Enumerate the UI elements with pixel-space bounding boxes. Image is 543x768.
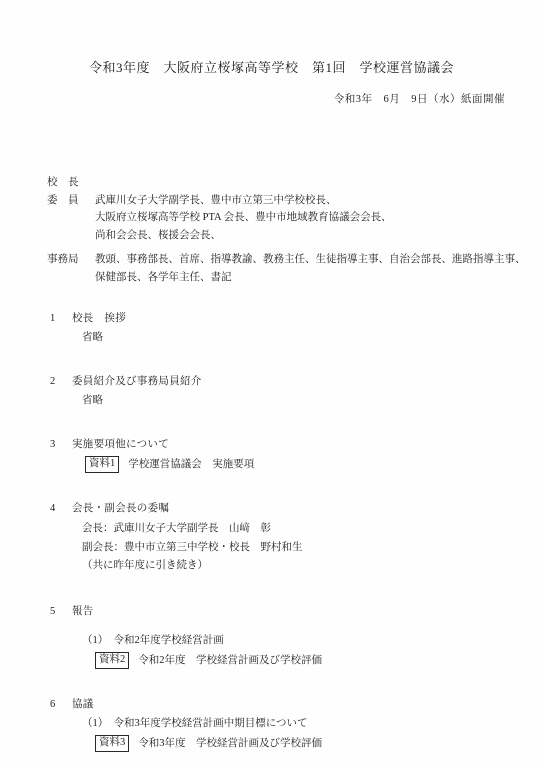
attendee-row-principal: 校 長 [47, 174, 543, 192]
material-line: 資料2 令和2年度 学校経営計画及び学校評価 [95, 652, 543, 669]
attendee-row-secretariat: 事務局 教頭、事務部長、首席、指導教諭、教務主任、生徒指導主事、自治会部長、進路… [47, 251, 543, 286]
agenda-item-4: 4 会長・副会長の委嘱 会長：武庫川女子大学副学長 山﨑 彰 副会長：豊中市立第… [50, 501, 543, 576]
material-line: 資料3 令和3年度 学校経営計画及び学校評価 [95, 735, 543, 752]
date-line: 令和3年 6月 9日（水）紙面開催 [0, 91, 543, 106]
material-box-label: 資料1 [85, 456, 119, 473]
agenda-title: 実施要項他について [72, 437, 169, 453]
agenda-title: 委員紹介及び事務局員紹介 [72, 374, 202, 390]
agenda-item-1: 1 校長 挨拶 省略 [50, 311, 543, 346]
agenda-title: 校長 挨拶 [72, 311, 126, 327]
agenda-title: 会長・副会長の委嘱 [72, 501, 169, 517]
agenda-number: 5 [50, 604, 72, 620]
agenda-number: 6 [50, 697, 72, 713]
attendees-section: 校 長 委 員 武庫川女子大学副学長、豊中市立第三中学校校長、 大阪府立桜塚高等… [47, 174, 543, 286]
detail-line-remark: （共に昨年度に引き続き） [82, 557, 543, 576]
agenda-sub-item: （1） 令和3年度学校経営計画中期目標について [82, 716, 543, 732]
agenda-title: 協議 [72, 697, 94, 713]
material-text: 令和2年度 学校経営計画及び学校評価 [138, 652, 322, 669]
agenda-title: 報告 [72, 604, 94, 620]
attendee-line: 尚和会会長、桜援会会長、 [95, 227, 543, 245]
attendee-content-members: 武庫川女子大学副学長、豊中市立第三中学校校長、 大阪府立桜塚高等学校 PTA 会… [95, 192, 543, 245]
page-title: 令和3年度 大阪府立桜塚高等学校 第1回 学校運営協議会 [0, 0, 543, 77]
attendee-line: 武庫川女子大学副学長、豊中市立第三中学校校長、 [95, 192, 543, 210]
material-text: 学校運営協議会 実施要項 [128, 456, 254, 473]
attendee-line: 大阪府立桜塚高等学校 PTA 会長、豊中市地域教育協議会会長、 [95, 209, 543, 227]
material-text: 令和3年度 学校経営計画及び学校評価 [138, 735, 322, 752]
attendee-label-secretariat: 事務局 [47, 251, 95, 269]
attendee-line: 保健部長、各学年主任、書記 [95, 269, 543, 287]
material-box-label: 資料2 [95, 652, 129, 669]
attendee-row-members: 委 員 武庫川女子大学副学長、豊中市立第三中学校校長、 大阪府立桜塚高等学校 P… [47, 192, 543, 245]
agenda-item-5: 5 報告 （1） 令和2年度学校経営計画 資料2 令和2年度 学校経営計画及び学… [50, 604, 543, 669]
material-line: 資料1 学校運営協議会 実施要項 [85, 456, 543, 473]
agenda-section: 1 校長 挨拶 省略 2 委員紹介及び事務局員紹介 省略 3 実施要項他について… [50, 311, 543, 752]
attendee-line: 教頭、事務部長、首席、指導教諭、教務主任、生徒指導主事、自治会部長、進路指導主事… [95, 251, 543, 269]
material-box-label: 資料3 [95, 735, 129, 752]
agenda-heading: 3 実施要項他について [50, 437, 543, 453]
agenda-note: 省略 [82, 330, 543, 346]
agenda-item-2: 2 委員紹介及び事務局員紹介 省略 [50, 374, 543, 409]
agenda-item-3: 3 実施要項他について 資料1 学校運営協議会 実施要項 [50, 437, 543, 473]
agenda-heading: 1 校長 挨拶 [50, 311, 543, 327]
attendee-label-members: 委 員 [47, 192, 95, 210]
agenda-number: 2 [50, 374, 72, 390]
agenda-item-6: 6 協議 （1） 令和3年度学校経営計画中期目標について 資料3 令和3年度 学… [50, 697, 543, 752]
agenda-number: 3 [50, 437, 72, 453]
agenda-sub-item: （1） 令和2年度学校経営計画 [82, 633, 543, 649]
document-page: 令和3年度 大阪府立桜塚高等学校 第1回 学校運営協議会 令和3年 6月 9日（… [0, 0, 543, 768]
agenda-number: 4 [50, 501, 72, 517]
agenda-heading: 5 報告 [50, 604, 543, 620]
agenda-number: 1 [50, 311, 72, 327]
agenda-heading: 4 会長・副会長の委嘱 [50, 501, 543, 517]
attendee-label-principal: 校 長 [47, 174, 95, 192]
attendee-content-secretariat: 教頭、事務部長、首席、指導教諭、教務主任、生徒指導主事、自治会部長、進路指導主事… [95, 251, 543, 286]
agenda-heading: 2 委員紹介及び事務局員紹介 [50, 374, 543, 390]
agenda-heading: 6 協議 [50, 697, 543, 713]
agenda-details: 会長：武庫川女子大学副学長 山﨑 彰 副会長：豊中市立第三中学校・校長 野村和生… [82, 520, 543, 576]
detail-line-vice-chair: 副会長：豊中市立第三中学校・校長 野村和生 [82, 539, 543, 558]
detail-line-chair: 会長：武庫川女子大学副学長 山﨑 彰 [82, 520, 543, 539]
agenda-note: 省略 [82, 393, 543, 409]
